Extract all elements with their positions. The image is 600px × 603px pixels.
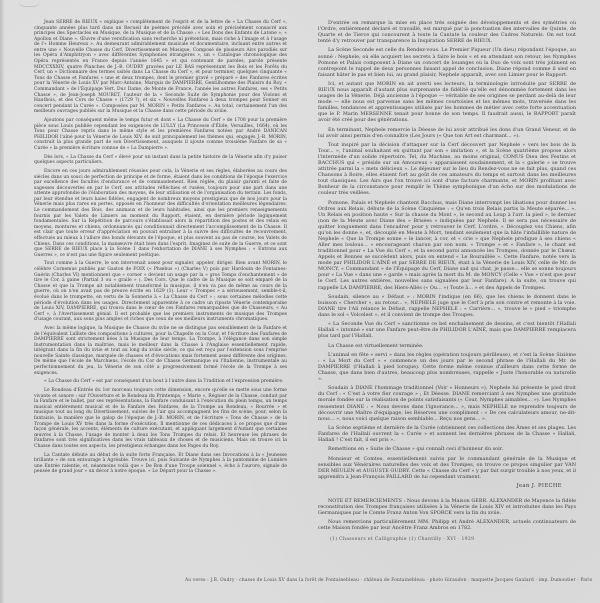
paragraph: Dès lors, « La Chasse du Cerf » élevé po… [34,155,287,166]
paragraph: La Scène Seconde est celle du Rendez-vou… [318,47,576,77]
paragraph: La Scène septième et dernière de la Curé… [318,425,576,443]
paragraph: Remettions en « Suite de Chasse » qui co… [318,446,576,452]
author-signature: Jean J. PIECHE [318,483,576,489]
paragraph: L'animal en fête « servi » dans les règl… [318,352,576,382]
credits-line: Au verso : J.B. Oudry · chasse de Louis … [185,578,595,583]
paragraph: Monsieur et Comtes, essentiellement suiv… [318,456,576,480]
paragraph: La Cantate débute au début de la suite f… [34,453,287,475]
right-column: D'entrée on remarque la mise en place tr… [318,20,576,535]
paragraph: « La Seconde Vue du Cerf » sanctionne ce… [318,321,576,339]
liner-notes-page: Jean SERRE de RIEUX « explique » complèt… [0,0,600,603]
scan-smudge [18,0,40,7]
note-paragraph: Nous remercions particulièrement MM. Phi… [318,519,576,531]
note-paragraph: NOTE ET REMERCIEMENTS : Nous devons à la… [318,498,576,516]
paragraph: Soudain, silence au « Défaut » : MORIN l… [318,294,576,318]
paragraph: Le Rondeau d'Entrée du 1er morceau toujo… [34,388,287,449]
paragraph: Jean SERRE de RIEUX « explique » complèt… [34,20,287,115]
paragraph: La Chasse est virtuellement terminée. [318,343,576,349]
page-edge [0,0,4,603]
paragraph: Tout comme à la Guerre, le son intervena… [34,261,287,322]
paragraph: Pomone, Palais et Nephele chantent Bacch… [318,200,576,291]
paragraph: En terminant, Nephele remercie la Déesse… [318,127,576,139]
paragraph: Ajoutons par conséquent même le temps fu… [34,118,287,151]
paragraph: Soudain à DIANE l'hommage traditionnel (… [318,385,576,421]
paragraph: « La Chasse du Cerf » est par conséquent… [34,379,287,385]
paragraph: D'entrée on remarque la mise en place tr… [318,20,576,44]
paragraph: Encore en ces jours admirablement réussi… [34,169,287,258]
paragraph: Avec la même logique, la Musique de Chas… [34,326,287,376]
footnote: (1) Chasseurs et Calligraphie (1) Chanti… [330,537,474,542]
paragraph: Ici, et autant que MORIN en ait averti s… [318,81,576,123]
left-column: Jean SERRE de RIEUX « explique » complèt… [34,20,287,478]
paragraph: Tout inspiré par la décision d'attaquer … [318,142,576,197]
acknowledgements: NOTE ET REMERCIEMENTS : Nous devons à la… [318,498,576,532]
